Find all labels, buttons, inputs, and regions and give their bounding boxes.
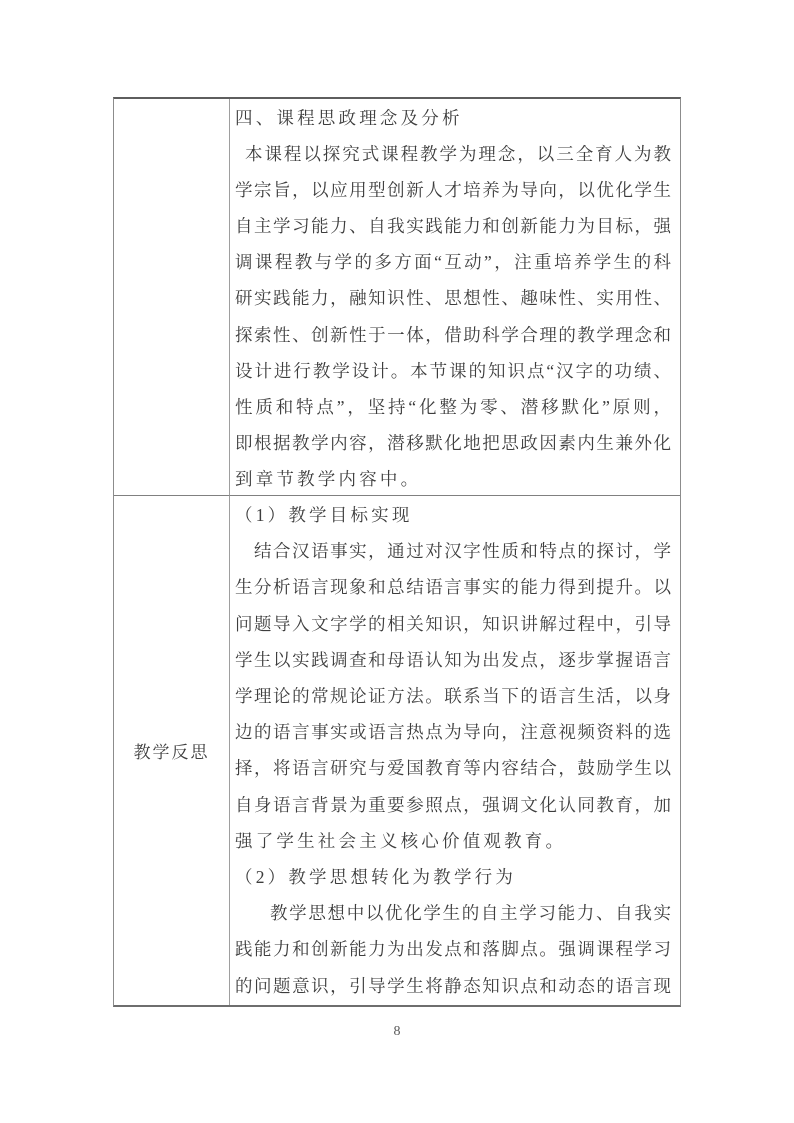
text-line: 结合汉语事实，通过对汉字性质和特点的探讨，学 [235,533,671,569]
text-line: 生分析语言现象和总结语言事实的能力得到提升。以 [235,569,671,605]
text-line: 教学思想中以优化学生的自主学习能力、自我实 [235,895,671,931]
text-line: 择，将语言研究与爱国教育等内容结合，鼓励学生以 [235,750,671,786]
text-line: （2）教学思想转化为教学行为 [235,859,671,895]
text-line: 到章节教学内容中。 [235,461,671,496]
text-line: 性质和特点”，坚持“化整为零、潜移默化”原则， [235,389,671,425]
text-line: 强了学生社会主义核心价值观教育。 [235,823,671,859]
text-line: （1）教学目标实现 [235,497,671,533]
text-line: 践能力和创新能力为出发点和落脚点。强调课程学习 [235,931,671,967]
document-page: 四、课程思政理念及分析本课程以探究式课程教学为理念，以三全育人为教学宗旨，以应用… [0,0,794,1123]
course-ideology-section-cell: 四、课程思政理念及分析本课程以探究式课程教学为理念，以三全育人为教学宗旨，以应用… [230,99,680,496]
text-line: 边的语言事实或语言热点为导向，注意视频资料的选 [235,714,671,750]
row1-empty-label-cell [114,99,230,496]
text-line: 设计进行教学设计。本节课的知识点“汉字的功绩、 [235,353,671,389]
text-line: 学生以实践调查和母语认知为出发点，逐步掌握语言 [235,642,671,678]
text-line: 调课程教与学的多方面“互动”，注重培养学生的科 [235,244,671,280]
text-line: 四、课程思政理念及分析 [235,100,671,136]
teaching-reflection-content-cell: （1）教学目标实现结合汉语事实，通过对汉字性质和特点的探讨，学生分析语言现象和总… [230,496,680,1005]
text-line: 学宗旨，以应用型创新人才培养为导向，以优化学生 [235,172,671,208]
text-line: 自主学习能力、自我实践能力和创新能力为目标，强 [235,208,671,244]
teaching-reflection-label-cell: 教学反思 [114,496,230,1005]
text-line: 自身语言背景为重要参照点，强调文化认同教育，加 [235,787,671,823]
text-line: 本课程以探究式课程教学为理念，以三全育人为教 [235,136,671,172]
lesson-plan-table: 四、课程思政理念及分析本课程以探究式课程教学为理念，以三全育人为教学宗旨，以应用… [113,97,681,1007]
text-line: 学理论的常规论证方法。联系当下的语言生活，以身 [235,678,671,714]
text-line: 即根据教学内容，潜移默化地把思政因素内生兼外化 [235,425,671,461]
teaching-reflection-label: 教学反思 [134,738,210,763]
text-line: 问题导入文字学的相关知识，知识讲解过程中，引导 [235,606,671,642]
text-line: 研实践能力，融知识性、思想性、趣味性、实用性、 [235,280,671,316]
page-number: 8 [0,1024,794,1040]
text-line: 的问题意识，引导学生将静态知识点和动态的语言现 [235,968,671,1004]
text-line: 探索性、创新性于一体，借助科学合理的教学理念和 [235,317,671,353]
